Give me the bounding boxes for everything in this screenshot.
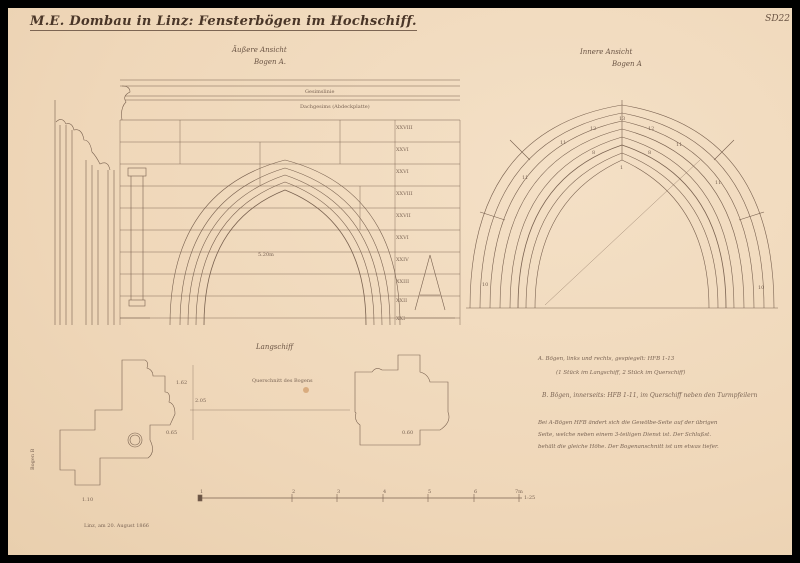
voussoir-number: 11: [560, 140, 566, 146]
ashlar-courses: [120, 120, 460, 325]
plan-dimension: 0.65: [166, 430, 177, 436]
scale-tick: 6: [474, 489, 477, 495]
voussoir-number: 10: [758, 285, 764, 291]
scale-tick: 3: [337, 489, 340, 495]
signature: Linz, am 20. August 1866: [84, 523, 149, 529]
voussoir-number: 12: [648, 126, 654, 132]
note-line-1: A. Bögen, links und rechts, gespiegelt: …: [538, 354, 674, 365]
voussoir-number: 11: [715, 180, 721, 186]
course-number: XXVIII: [396, 191, 413, 197]
interior-arch: [466, 100, 778, 308]
plan-dimension: 0.60: [402, 430, 413, 436]
note-line-2: (1 Stück im Langschiff, 2 Stück im Quers…: [556, 368, 685, 379]
cornice-lines: [120, 80, 460, 120]
voussoir-number: 12: [590, 126, 596, 132]
scale-tick: 2: [292, 489, 295, 495]
scale-tick: 5: [428, 489, 431, 495]
plan-dimension: 1.62: [176, 380, 187, 386]
exterior-arch: [170, 160, 400, 325]
course-number: XXVI: [396, 147, 409, 153]
coping-label: Dachgesims (Abdeckplatte): [300, 104, 370, 110]
scale-ratio: 1:25: [524, 495, 535, 501]
voussoir-number: 13: [619, 116, 625, 122]
plan-dimension: 2.05: [195, 398, 206, 404]
voussoir-number: 1: [620, 165, 623, 171]
drawing-title: M.E. Dombau in Linz: Fensterbögen im Hoc…: [30, 14, 417, 31]
arch-span-label: 5.20m: [258, 252, 274, 258]
cornice-label: Gesimslinie: [305, 89, 334, 95]
side-label: Bogen B: [30, 449, 36, 470]
scale-bar: [198, 494, 522, 502]
tracery-detail: [405, 255, 455, 318]
voussoir-number: 11: [676, 142, 682, 148]
pier-section-label: Querschnitt des Bogens: [252, 378, 313, 384]
course-number: XXIV: [396, 257, 409, 263]
note-line-5: Seite, welche neben einem 3-teiligen Die…: [538, 430, 711, 441]
voussoir-number: 10: [482, 282, 488, 288]
note-line-6: behält die gleiche Höhe. Der Bogenanschn…: [538, 442, 719, 453]
note-line-4: Bei A-Bögen HFB ändert sich die Gewölbe-…: [538, 418, 717, 429]
course-number: XXII: [396, 298, 407, 304]
voussoir-number: 8: [648, 150, 651, 156]
interior-subheading: Bogen A: [612, 60, 642, 68]
voussoir-number: 11: [522, 175, 528, 181]
catalog-number: SD22: [765, 14, 790, 24]
interior-heading: Innere Ansicht: [580, 48, 632, 56]
scale-tick: 1: [200, 489, 203, 495]
scale-tick: 7m: [515, 489, 523, 495]
course-number: XXVII: [396, 213, 411, 219]
plan-sections: [60, 355, 449, 485]
course-number: XXVIII: [396, 125, 413, 131]
exterior-subheading: Bogen A.: [254, 58, 286, 66]
note-line-3: B. Bögen, innerseits: HFB 1-11, im Quers…: [542, 390, 757, 401]
exterior-heading: Äußere Ansicht: [232, 46, 287, 54]
scale-tick: 4: [383, 489, 386, 495]
course-number: XXVI: [396, 169, 409, 175]
course-number: XXI: [396, 316, 405, 322]
jamb-mouldings: [55, 100, 150, 325]
voussoir-number: 8: [592, 150, 595, 156]
plan-section-label: Langschiff: [256, 343, 293, 351]
course-number: XXVI: [396, 235, 409, 241]
plan-dimension: 1.10: [82, 497, 93, 503]
course-number: XXIII: [396, 279, 409, 285]
